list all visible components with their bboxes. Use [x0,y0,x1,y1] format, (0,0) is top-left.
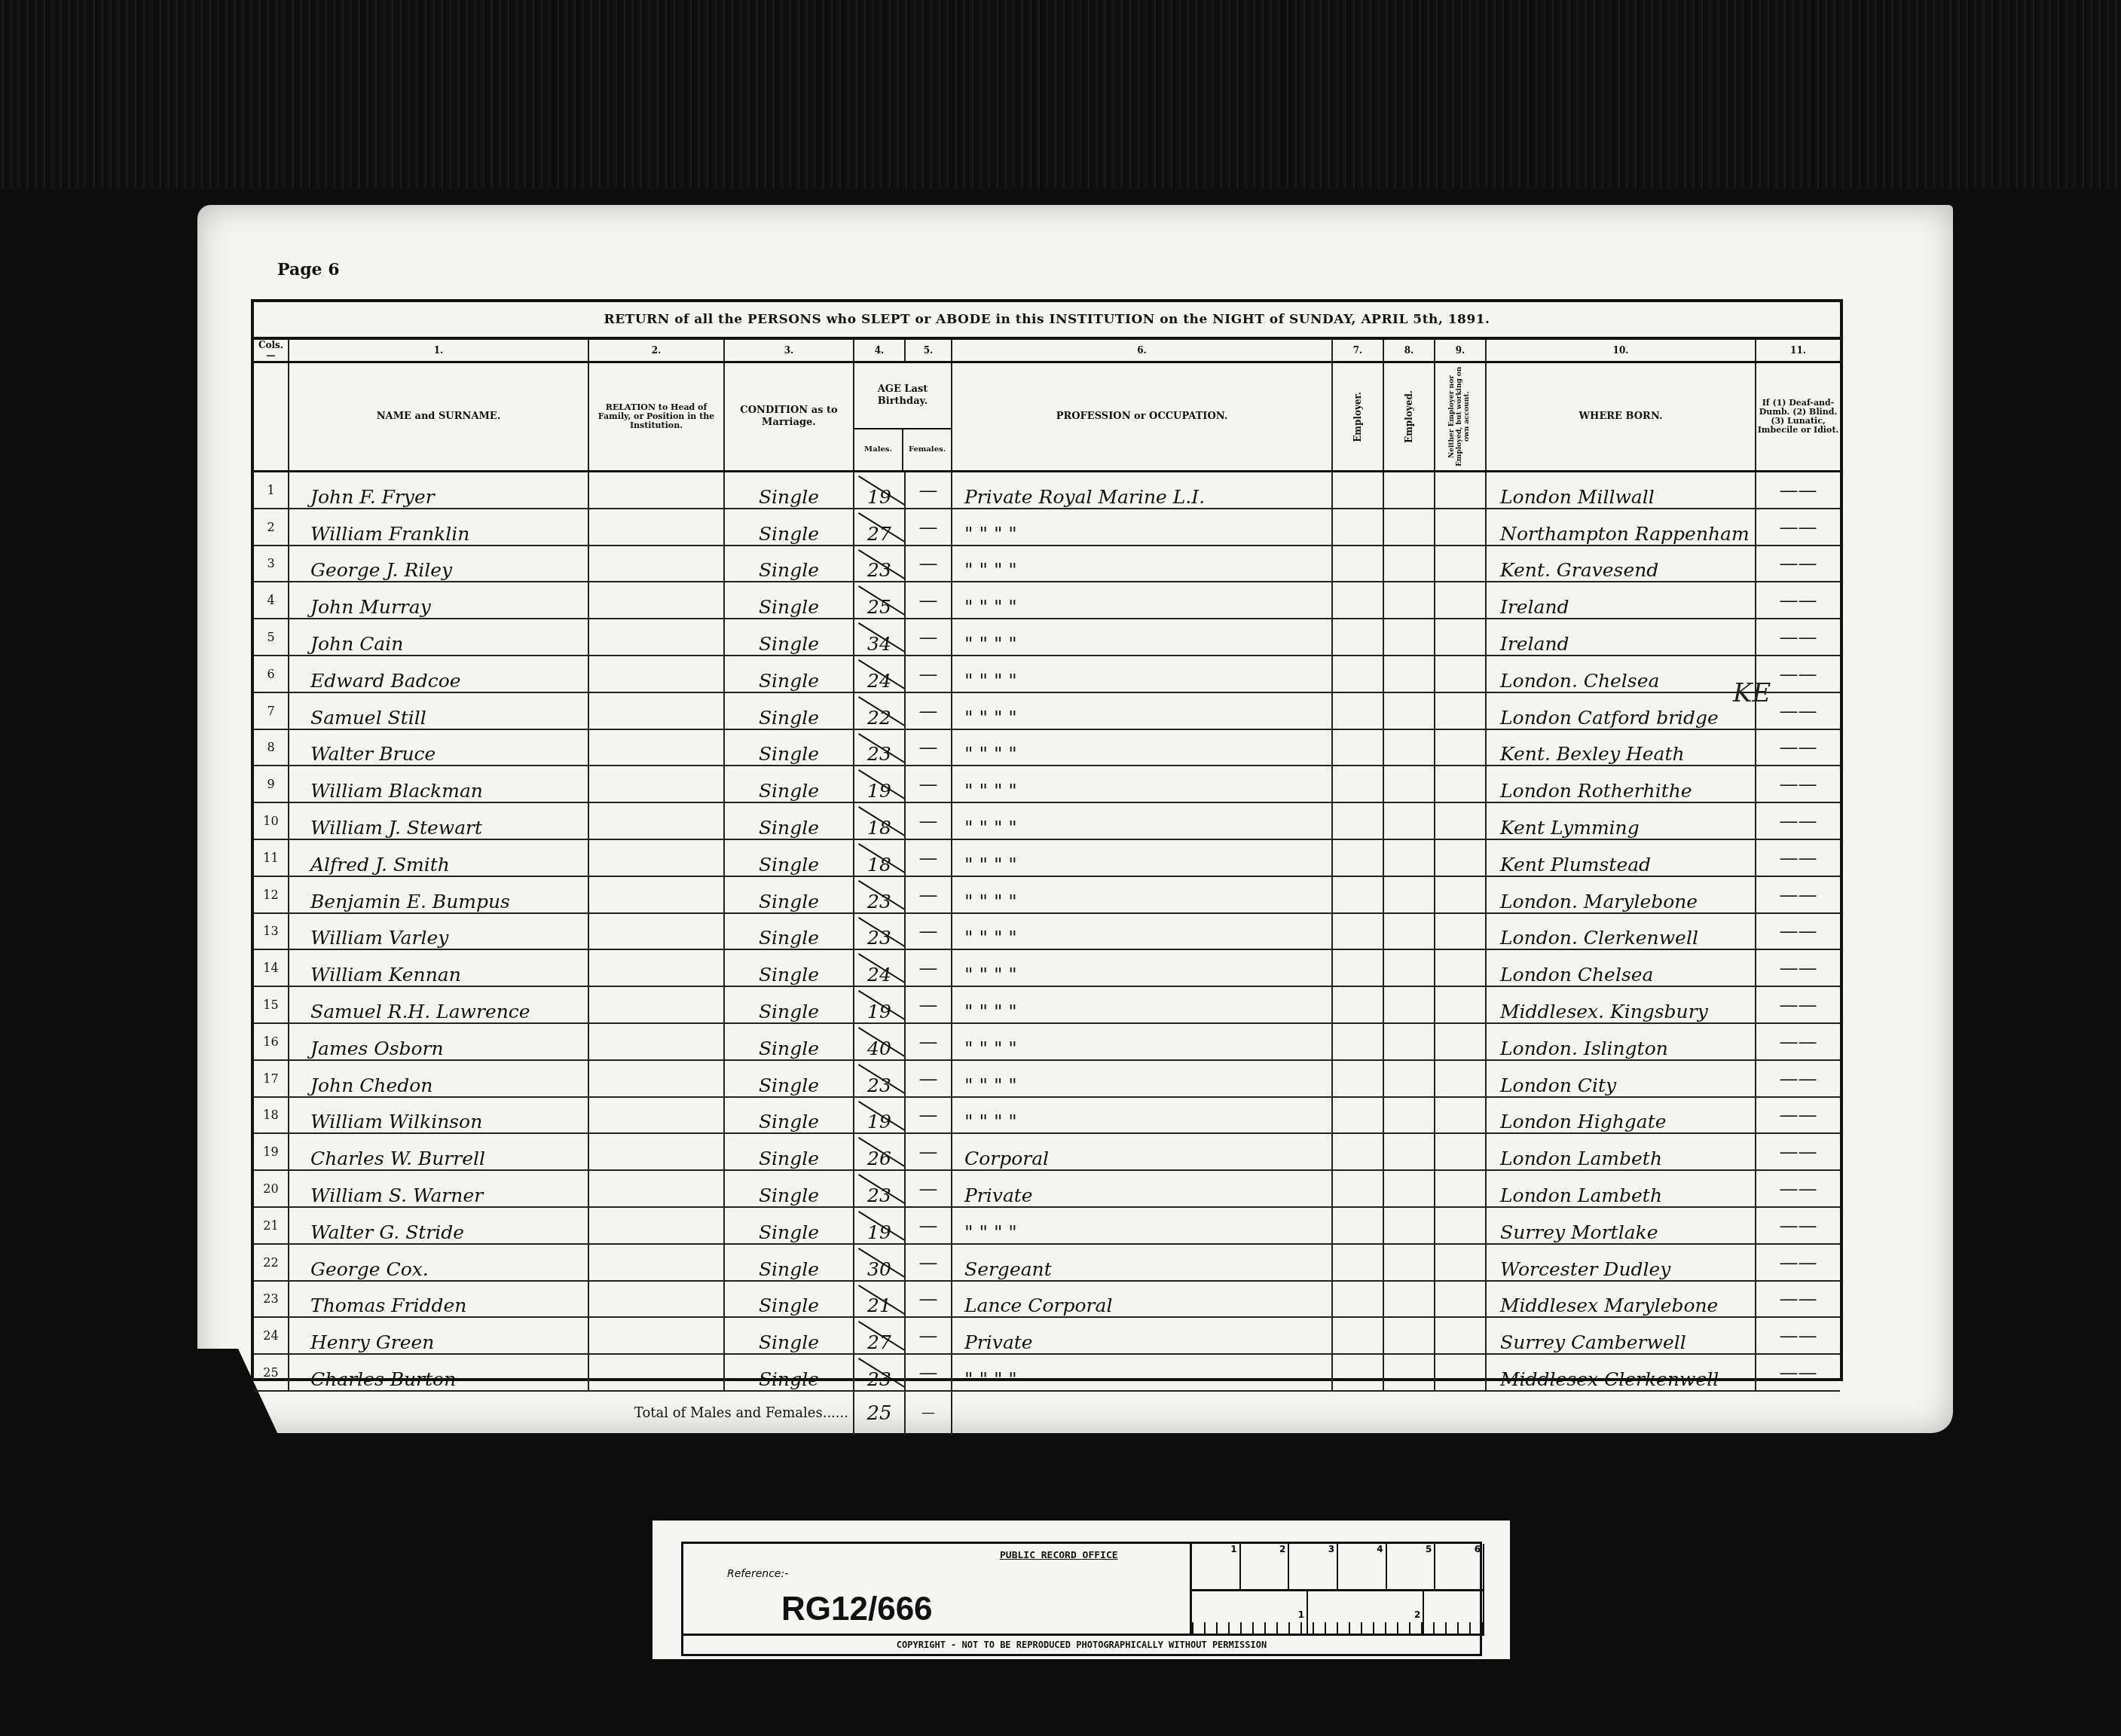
female-age: — [905,509,952,546]
female-age: — [905,729,952,766]
occupation: " " " " [952,1060,1332,1097]
occupation: " " " " [952,1207,1332,1244]
female-age: — [905,472,952,509]
employed [1383,876,1435,913]
marital-condition: Single [724,656,854,692]
where-born: Kent. Gravesend [1486,546,1756,582]
marital-condition: Single [724,1207,854,1244]
marital-condition: Single [724,1244,854,1281]
occupation: Lance Corporal [952,1281,1332,1318]
occupation: " " " " [952,1023,1332,1060]
col-number: 5. [905,340,952,362]
employer [1332,1170,1383,1207]
occupation: " " " " [952,729,1332,766]
female-age: — [905,692,952,729]
employed [1383,472,1435,509]
census-table: Cols.— 1. 2. 3. 4. 5. 6. 7. 8. 9. 10. 11… [254,340,1840,1435]
employer [1332,1133,1383,1170]
relation [588,876,724,913]
header-occupation: PROFESSION or OCCUPATION. [952,362,1332,472]
employed [1383,949,1435,986]
copyright-notice: COPYRIGHT - NOT TO BE REPRODUCED PHOTOGR… [683,1634,1480,1654]
employed [1383,986,1435,1023]
employed [1383,1133,1435,1170]
employer [1332,766,1383,802]
col-number: 6. [952,340,1332,362]
employer [1332,802,1383,839]
male-age: 40 [854,1023,905,1060]
relation [588,656,724,692]
male-age: 23 [854,729,905,766]
employer [1332,1023,1383,1060]
employer [1332,546,1383,582]
female-age: — [905,766,952,802]
employed [1383,1281,1435,1318]
own-account [1435,986,1486,1023]
female-age: — [905,1317,952,1354]
male-age: 19 [854,1207,905,1244]
female-age: — [905,1244,952,1281]
marital-condition: Single [724,692,854,729]
marital-condition: Single [724,913,854,950]
where-born: Surrey Mortlake [1486,1207,1756,1244]
header-condition: CONDITION as to Marriage. [724,362,854,472]
female-age: — [905,582,952,619]
occupation: Private Royal Marine L.I. [952,472,1332,509]
marital-condition: Single [724,619,854,656]
male-age: 18 [854,839,905,876]
col-number: 1. [289,340,588,362]
cols-label: Cols.— [254,340,289,362]
male-age: 27 [854,1317,905,1354]
relation [588,1060,724,1097]
row-number: 20 [254,1170,289,1207]
employed [1383,1317,1435,1354]
table-row: 2William FranklinSingle27—" " " "Northam… [254,509,1840,546]
female-age: — [905,546,952,582]
table-row: 20William S. WarnerSingle23—PrivateLondo… [254,1170,1840,1207]
occupation: Private [952,1170,1332,1207]
infirmity: —— [1756,913,1840,950]
table-row: 6Edward BadcoeSingle24—" " " "London. Ch… [254,656,1840,692]
table-row: 14William KennanSingle24—" " " "London C… [254,949,1840,986]
occupation: " " " " [952,949,1332,986]
own-account [1435,802,1486,839]
relation [588,986,724,1023]
male-age: 19 [854,766,905,802]
row-number: 10 [254,802,289,839]
infirmity: —— [1756,949,1840,986]
occupation: Private [952,1317,1332,1354]
employed [1383,839,1435,876]
occupation: " " " " [952,913,1332,950]
header-age-label: AGE Last Birthday. [854,363,951,429]
where-born: London Chelsea [1486,949,1756,986]
background-film-edge [0,0,2121,188]
table-row: 22George Cox.Single30—SergeantWorcester … [254,1244,1840,1281]
female-age: — [905,1097,952,1134]
employer [1332,656,1383,692]
occupation: Sergeant [952,1244,1332,1281]
person-name: George Cox. [289,1244,588,1281]
relation [588,1023,724,1060]
col-number: 10. [1486,340,1756,362]
marital-condition: Single [724,1317,854,1354]
table-row: 25Charles BurtonSingle23—" " " "Middlese… [254,1354,1840,1391]
employer [1332,619,1383,656]
female-age: — [905,1170,952,1207]
female-age: — [905,1281,952,1318]
infirmity: —— [1756,619,1840,656]
row-number: 16 [254,1023,289,1060]
own-account [1435,1207,1486,1244]
marital-condition: Single [724,949,854,986]
row-number: 9 [254,766,289,802]
table-row: 15Samuel R.H. LawrenceSingle19—" " " "Mi… [254,986,1840,1023]
marital-condition: Single [724,1023,854,1060]
own-account [1435,656,1486,692]
where-born: Middlesex. Kingsbury [1486,986,1756,1023]
table-row: 5John CainSingle34—" " " "Ireland—— [254,619,1840,656]
employed [1383,582,1435,619]
employed [1383,729,1435,766]
male-age: 24 [854,949,905,986]
relation [588,1317,724,1354]
male-age: 25 [854,582,905,619]
infirmity: —— [1756,802,1840,839]
male-age: 23 [854,546,905,582]
employed [1383,913,1435,950]
person-name: William S. Warner [289,1170,588,1207]
scale-ruler: 1 2 3 4 5 6 1 2 [1190,1544,1484,1636]
total-males: 25 [854,1391,905,1435]
male-age: 23 [854,1354,905,1391]
where-born: Kent. Bexley Heath [1486,729,1756,766]
header-neither: Neither Employer nor Employed, but worki… [1435,362,1486,472]
relation [588,766,724,802]
occupation: " " " " [952,656,1332,692]
employer [1332,1281,1383,1318]
occupation: " " " " [952,546,1332,582]
own-account [1435,1097,1486,1134]
own-account [1435,1354,1486,1391]
employer [1332,472,1383,509]
employer [1332,692,1383,729]
employed [1383,1354,1435,1391]
relation [588,1170,724,1207]
row-number: 19 [254,1133,289,1170]
table-row: 13William VarleySingle23—" " " "London. … [254,913,1840,950]
own-account [1435,1170,1486,1207]
infirmity: —— [1756,1170,1840,1207]
where-born: London Lambeth [1486,1133,1756,1170]
occupation: " " " " [952,766,1332,802]
where-born: London Lambeth [1486,1170,1756,1207]
own-account [1435,546,1486,582]
relation [588,1097,724,1134]
occupation: " " " " [952,1354,1332,1391]
infirmity: —— [1756,582,1840,619]
table-row: 21Walter G. StrideSingle19—" " " "Surrey… [254,1207,1840,1244]
row-number: 21 [254,1207,289,1244]
col-number: 3. [724,340,854,362]
census-form: RETURN of all the PERSONS who SLEPT or A… [251,299,1843,1381]
row-number: 12 [254,876,289,913]
infirmity: —— [1756,1133,1840,1170]
own-account [1435,472,1486,509]
person-name: Walter Bruce [289,729,588,766]
table-row: 8Walter BruceSingle23—" " " "Kent. Bexle… [254,729,1840,766]
employed [1383,509,1435,546]
where-born: Kent Plumstead [1486,839,1756,876]
where-born: London Catford bridge [1486,692,1756,729]
marital-condition: Single [724,472,854,509]
where-born: London City [1486,1060,1756,1097]
female-age: — [905,986,952,1023]
table-row: 19Charles W. BurrellSingle26—CorporalLon… [254,1133,1840,1170]
female-age: — [905,913,952,950]
header-age: AGE Last Birthday. Males. Females. [854,362,952,472]
female-age: — [905,1207,952,1244]
employer [1332,509,1383,546]
where-born: Kent Lymming [1486,802,1756,839]
infirmity: —— [1756,1244,1840,1281]
person-name: Henry Green [289,1317,588,1354]
margin-annotation: KE [1733,678,1771,708]
person-name: Edward Badcoe [289,656,588,692]
col-number: 11. [1756,340,1840,362]
employer [1332,582,1383,619]
relation [588,582,724,619]
table-row: 10William J. StewartSingle18—" " " "Kent… [254,802,1840,839]
infirmity: —— [1756,1317,1840,1354]
male-age: 23 [854,913,905,950]
row-number: 8 [254,729,289,766]
header-females: Females. [903,429,951,470]
marital-condition: Single [724,986,854,1023]
male-age: 19 [854,472,905,509]
own-account [1435,876,1486,913]
own-account [1435,1060,1486,1097]
row-number: 25 [254,1354,289,1391]
where-born: Ireland [1486,619,1756,656]
person-name: George J. Riley [289,546,588,582]
employed [1383,1097,1435,1134]
header-row-number [254,362,289,472]
infirmity: —— [1756,1060,1840,1097]
own-account [1435,619,1486,656]
female-age: — [905,1133,952,1170]
employed [1383,1207,1435,1244]
occupation: " " " " [952,509,1332,546]
own-account [1435,1317,1486,1354]
person-name: John Murray [289,582,588,619]
occupation: " " " " [952,839,1332,876]
occupation: " " " " [952,1097,1332,1134]
employed [1383,766,1435,802]
male-age: 19 [854,1097,905,1134]
marital-condition: Single [724,839,854,876]
own-account [1435,1244,1486,1281]
infirmity: —— [1756,509,1840,546]
where-born: London Rotherhithe [1486,766,1756,802]
employer [1332,1244,1383,1281]
row-number: 6 [254,656,289,692]
male-age: 27 [854,509,905,546]
table-row: 18William WilkinsonSingle19—" " " "Londo… [254,1097,1840,1134]
employed [1383,1023,1435,1060]
where-born: Northampton Rappenham [1486,509,1756,546]
employer [1332,1354,1383,1391]
marital-condition: Single [724,509,854,546]
person-name: Samuel R.H. Lawrence [289,986,588,1023]
infirmity: —— [1756,766,1840,802]
female-age: — [905,1023,952,1060]
row-number: 4 [254,582,289,619]
female-age: — [905,1060,952,1097]
table-row: 11Alfred J. SmithSingle18—" " " "Kent Pl… [254,839,1840,876]
form-title: RETURN of all the PERSONS who SLEPT or A… [254,302,1840,340]
total-blank [952,1391,1840,1435]
infirmity: —— [1756,1354,1840,1391]
person-name: William Blackman [289,766,588,802]
row-number: 3 [254,546,289,582]
employer [1332,1097,1383,1134]
marital-condition: Single [724,876,854,913]
female-age: — [905,1354,952,1391]
person-name: Samuel Still [289,692,588,729]
row-number: 5 [254,619,289,656]
marital-condition: Single [724,1060,854,1097]
female-age: — [905,876,952,913]
where-born: London. Clerkenwell [1486,913,1756,950]
ruler-mark: 6 [1435,1544,1484,1589]
employer [1332,1207,1383,1244]
occupation: " " " " [952,582,1332,619]
relation [588,913,724,950]
relation [588,1207,724,1244]
where-born: London. Chelsea [1486,656,1756,692]
row-number: 24 [254,1317,289,1354]
employer [1332,986,1383,1023]
person-name: John F. Fryer [289,472,588,509]
marital-condition: Single [724,1354,854,1391]
person-name: Charles Burton [289,1354,588,1391]
person-name: William Wilkinson [289,1097,588,1134]
relation [588,949,724,986]
person-name: Walter G. Stride [289,1207,588,1244]
row-number: 11 [254,839,289,876]
relation [588,839,724,876]
ruler-mark: 4 [1338,1544,1387,1589]
row-number: 13 [254,913,289,950]
male-age: 23 [854,1060,905,1097]
person-name: William J. Stewart [289,802,588,839]
row-number: 18 [254,1097,289,1134]
male-age: 34 [854,619,905,656]
female-age: — [905,656,952,692]
total-label: Total of Males and Females...... [254,1391,854,1435]
total-row: Total of Males and Females...... 25 — [254,1391,1840,1435]
ruler-mark: 3 [1289,1544,1338,1589]
own-account [1435,949,1486,986]
employed [1383,1244,1435,1281]
own-account [1435,766,1486,802]
occupation: " " " " [952,876,1332,913]
male-age: 21 [854,1281,905,1318]
female-age: — [905,802,952,839]
employer [1332,729,1383,766]
employed [1383,692,1435,729]
marital-condition: Single [724,802,854,839]
male-age: 23 [854,876,905,913]
row-number: 15 [254,986,289,1023]
occupation: " " " " [952,802,1332,839]
person-name: William Franklin [289,509,588,546]
infirmity: —— [1756,546,1840,582]
table-row: 16James OsbornSingle40—" " " "London. Is… [254,1023,1840,1060]
employer [1332,876,1383,913]
infirmity: —— [1756,986,1840,1023]
marital-condition: Single [724,729,854,766]
person-name: William Varley [289,913,588,950]
where-born: London Highgate [1486,1097,1756,1134]
male-age: 23 [854,1170,905,1207]
marital-condition: Single [724,1133,854,1170]
where-born: London Millwall [1486,472,1756,509]
reference-label: Reference:- [727,1568,788,1580]
table-row: 3George J. RileySingle23—" " " "Kent. Gr… [254,546,1840,582]
occupation: " " " " [952,619,1332,656]
occupation: " " " " [952,986,1332,1023]
own-account [1435,839,1486,876]
marital-condition: Single [724,582,854,619]
col-number: 7. [1332,340,1383,362]
male-age: 26 [854,1133,905,1170]
header-relation: RELATION to Head of Family, or Position … [588,362,724,472]
ruler-mark: 1 [1192,1544,1241,1589]
row-number: 23 [254,1281,289,1318]
column-number-row: Cols.— 1. 2. 3. 4. 5. 6. 7. 8. 9. 10. 11… [254,340,1840,362]
row-number: 22 [254,1244,289,1281]
employer [1332,1060,1383,1097]
male-age: 24 [854,656,905,692]
infirmity: —— [1756,1281,1840,1318]
reference-number: RG12/666 [781,1591,933,1628]
employed [1383,1170,1435,1207]
relation [588,729,724,766]
marital-condition: Single [724,1097,854,1134]
row-number: 2 [254,509,289,546]
header-name: NAME and SURNAME. [289,362,588,472]
infirmity: —— [1756,876,1840,913]
page-number: Page 6 [277,260,340,280]
male-age: 22 [854,692,905,729]
relation [588,692,724,729]
col-number: 4. [854,340,905,362]
infirmity: —— [1756,729,1840,766]
person-name: Charles W. Burrell [289,1133,588,1170]
relation [588,546,724,582]
row-number: 17 [254,1060,289,1097]
person-name: Thomas Fridden [289,1281,588,1318]
occupation: " " " " [952,692,1332,729]
header-males: Males. [854,429,903,470]
person-name: John Chedon [289,1060,588,1097]
infirmity: —— [1756,472,1840,509]
own-account [1435,692,1486,729]
row-number: 1 [254,472,289,509]
